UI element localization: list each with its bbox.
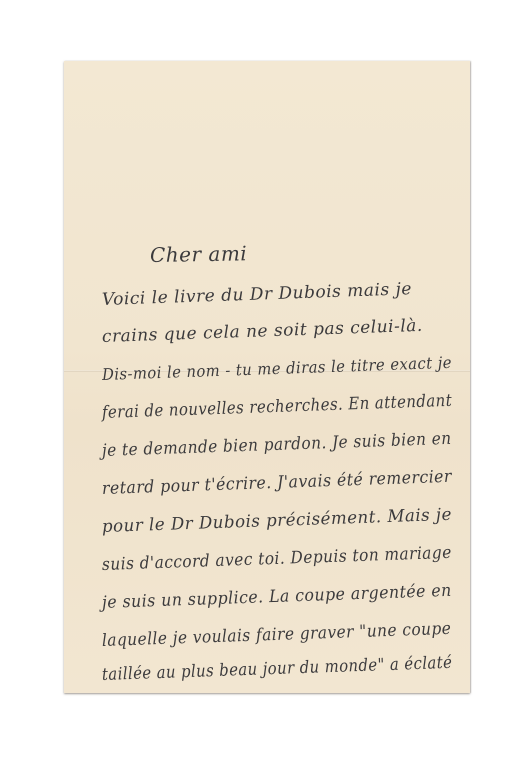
letter-paper: Cher ami Voici le livre du Dr Dubois mai… [64, 61, 470, 693]
letter-line: pour le Dr Dubois précisément. Mais je [102, 505, 453, 537]
letter-line: je suis un supplice. La coupe argentée e… [102, 581, 452, 613]
letter-line: crains que cela ne soit pas celui-là. [102, 316, 423, 347]
letter-line: Dis-moi le nom - tu me diras le titre ex… [102, 353, 453, 384]
letter-line: laquelle je voulais faire graver "une co… [102, 619, 452, 651]
letter-line: suis d'accord avec toi. Depuis ton maria… [102, 543, 452, 575]
letter-line: Voici le livre du Dr Dubois mais je [102, 279, 413, 310]
letter-line: je te demande bien pardon. Je suis bien … [102, 429, 452, 461]
letter-line: taillée au plus beau jour du monde" a éc… [102, 653, 453, 685]
letter-salutation: Cher ami [150, 241, 248, 267]
letter-line: ferai de nouvelles recherches. En attend… [102, 391, 453, 423]
letter-line: retard pour t'écrire. J'avais été remerc… [102, 467, 453, 499]
